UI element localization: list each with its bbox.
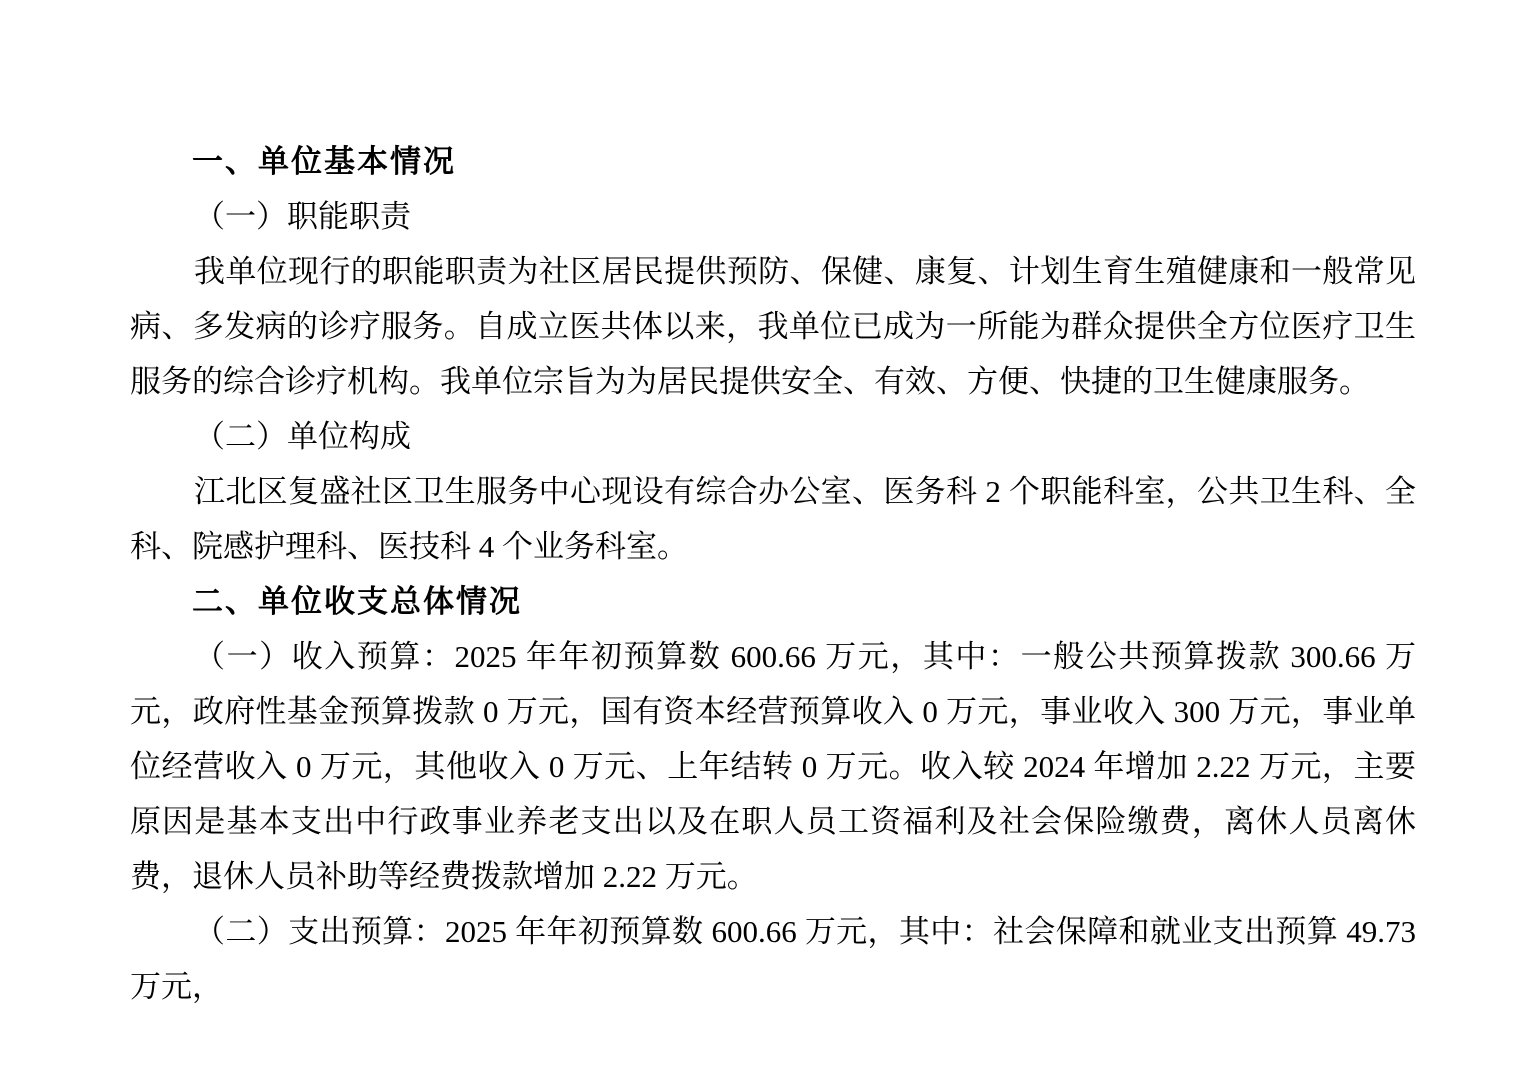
paragraph-income-budget: （一）收入预算：2025 年年初预算数 600.66 万元，其中：一般公共预算拨… bbox=[130, 629, 1416, 904]
section-heading-revenue-expenditure-overview: 二、单位收支总体情况 bbox=[130, 574, 1416, 629]
document-page: 一、单位基本情况 （一）职能职责 我单位现行的职能职责为社区居民提供预防、保健、… bbox=[0, 0, 1520, 1074]
section-heading-unit-basic-info: 一、单位基本情况 bbox=[130, 134, 1416, 189]
paragraph-duties-body: 我单位现行的职能职责为社区居民提供预防、保健、康复、计划生育生殖健康和一般常见病… bbox=[130, 244, 1416, 409]
subsection-heading-unit-composition: （二）单位构成 bbox=[130, 409, 1416, 464]
paragraph-expenditure-budget: （二）支出预算：2025 年年初预算数 600.66 万元，其中：社会保障和就业… bbox=[130, 904, 1416, 1014]
paragraph-unit-composition-body: 江北区复盛社区卫生服务中心现设有综合办公室、医务科 2 个职能科室，公共卫生科、… bbox=[130, 464, 1416, 574]
subsection-heading-duties: （一）职能职责 bbox=[130, 189, 1416, 244]
